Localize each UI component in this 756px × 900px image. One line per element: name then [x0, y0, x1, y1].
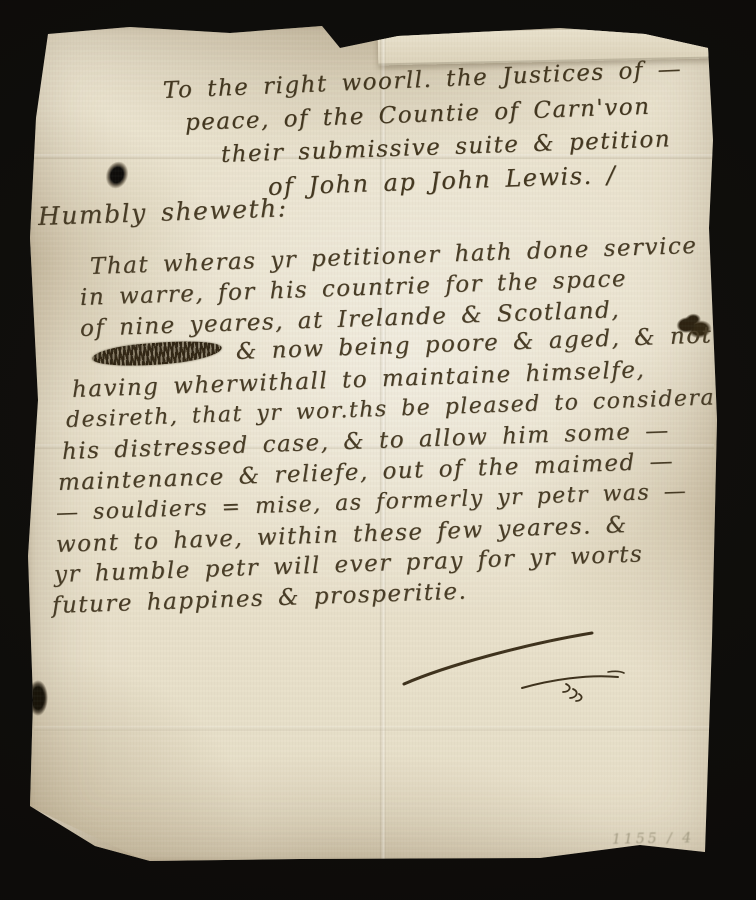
- archive-photo-backdrop: To the right woorll. the Justices of — p…: [0, 0, 756, 900]
- manuscript-text: To the right woorll. the Justices of — p…: [28, 26, 720, 862]
- manuscript-paper: To the right woorll. the Justices of — p…: [28, 26, 720, 862]
- salutation: Humbly sheweth:: [37, 193, 288, 231]
- heading-line: of John ap John Lewis. /: [268, 161, 617, 201]
- scribbled-out-word: [91, 338, 222, 370]
- signature-flourish: [390, 600, 630, 710]
- archival-pencil-mark: 1155 / 4: [612, 830, 694, 847]
